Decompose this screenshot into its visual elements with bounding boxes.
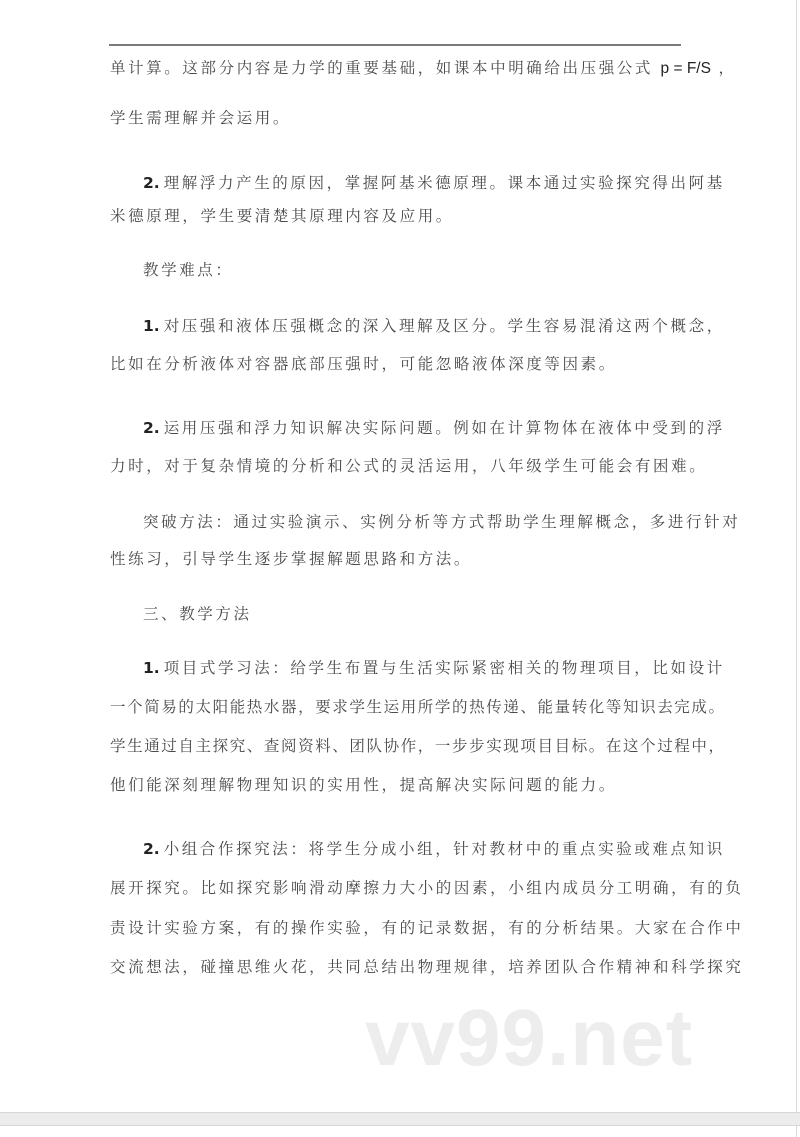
paragraph-line: 米德原理，学生要清楚其原理内容及应用。 xyxy=(110,206,690,226)
list-item: 2.理解浮力产生的原因，掌握阿基米德原理。课本通过实验探究得出阿基 xyxy=(143,173,723,193)
list-item: 1.项目式学习法：给学生布置与生活实际紧密相关的物理项目，比如设计 xyxy=(143,658,723,678)
paragraph-line: 力时，对于复杂情境的分析和公式的灵活运用，八年级学生可能会有困难。 xyxy=(110,456,690,476)
paragraph-line: 单计算。这部分内容是力学的重要基础，如课本中明确给出压强公式 p = F/S ， xyxy=(110,58,690,79)
paragraph-line: 责设计实验方案，有的操作实验，有的记录数据，有的分析结果。大家在合作中 xyxy=(110,918,690,938)
next-page xyxy=(0,1126,797,1137)
paragraph-line: 他们能深刻理解物理知识的实用性，提高解决实际问题的能力。 xyxy=(110,775,690,795)
paragraph-line: 一个简易的太阳能热水器，要求学生运用所学的热传递、能量转化等知识去完成。 xyxy=(110,697,690,717)
paragraph-line: 展开探究。比如探究影响滑动摩擦力大小的因素，小组内成员分工明确，有的负 xyxy=(110,878,690,898)
section-heading: 三、教学方法 xyxy=(143,604,723,624)
paragraph-line: 比如在分析液体对容器底部压强时，可能忽略液体深度等因素。 xyxy=(110,354,690,374)
section-heading: 教学难点： xyxy=(143,260,723,280)
pressure-formula: p = F/S xyxy=(661,60,711,77)
paragraph-line: 突破方法：通过实验演示、实例分析等方式帮助学生理解概念，多进行针对 xyxy=(143,512,723,532)
list-item: 1.对压强和液体压强概念的深入理解及区分。学生容易混淆这两个概念， xyxy=(143,316,723,336)
paragraph-line: 学生需理解并会运用。 xyxy=(110,108,690,128)
paragraph-line: 交流想法，碰撞思维火花，共同总结出物理规律，培养团队合作精神和科学探究 xyxy=(110,957,690,977)
paragraph-line: 学生通过自主探究、查阅资料、团队协作，一步步实现项目目标。在这个过程中， xyxy=(110,736,690,756)
page-separator xyxy=(0,1112,800,1126)
paragraph-line: 性练习，引导学生逐步掌握解题思路和方法。 xyxy=(110,549,690,569)
document-page: 单计算。这部分内容是力学的重要基础，如课本中明确给出压强公式 p = F/S ，… xyxy=(0,0,797,1112)
header-rule xyxy=(109,44,681,46)
list-item: 2.运用压强和浮力知识解决实际问题。例如在计算物体在液体中受到的浮 xyxy=(143,418,723,438)
watermark: vv99.net xyxy=(365,998,693,1078)
list-item: 2.小组合作探究法：将学生分成小组，针对教材中的重点实验或难点知识 xyxy=(143,839,723,859)
